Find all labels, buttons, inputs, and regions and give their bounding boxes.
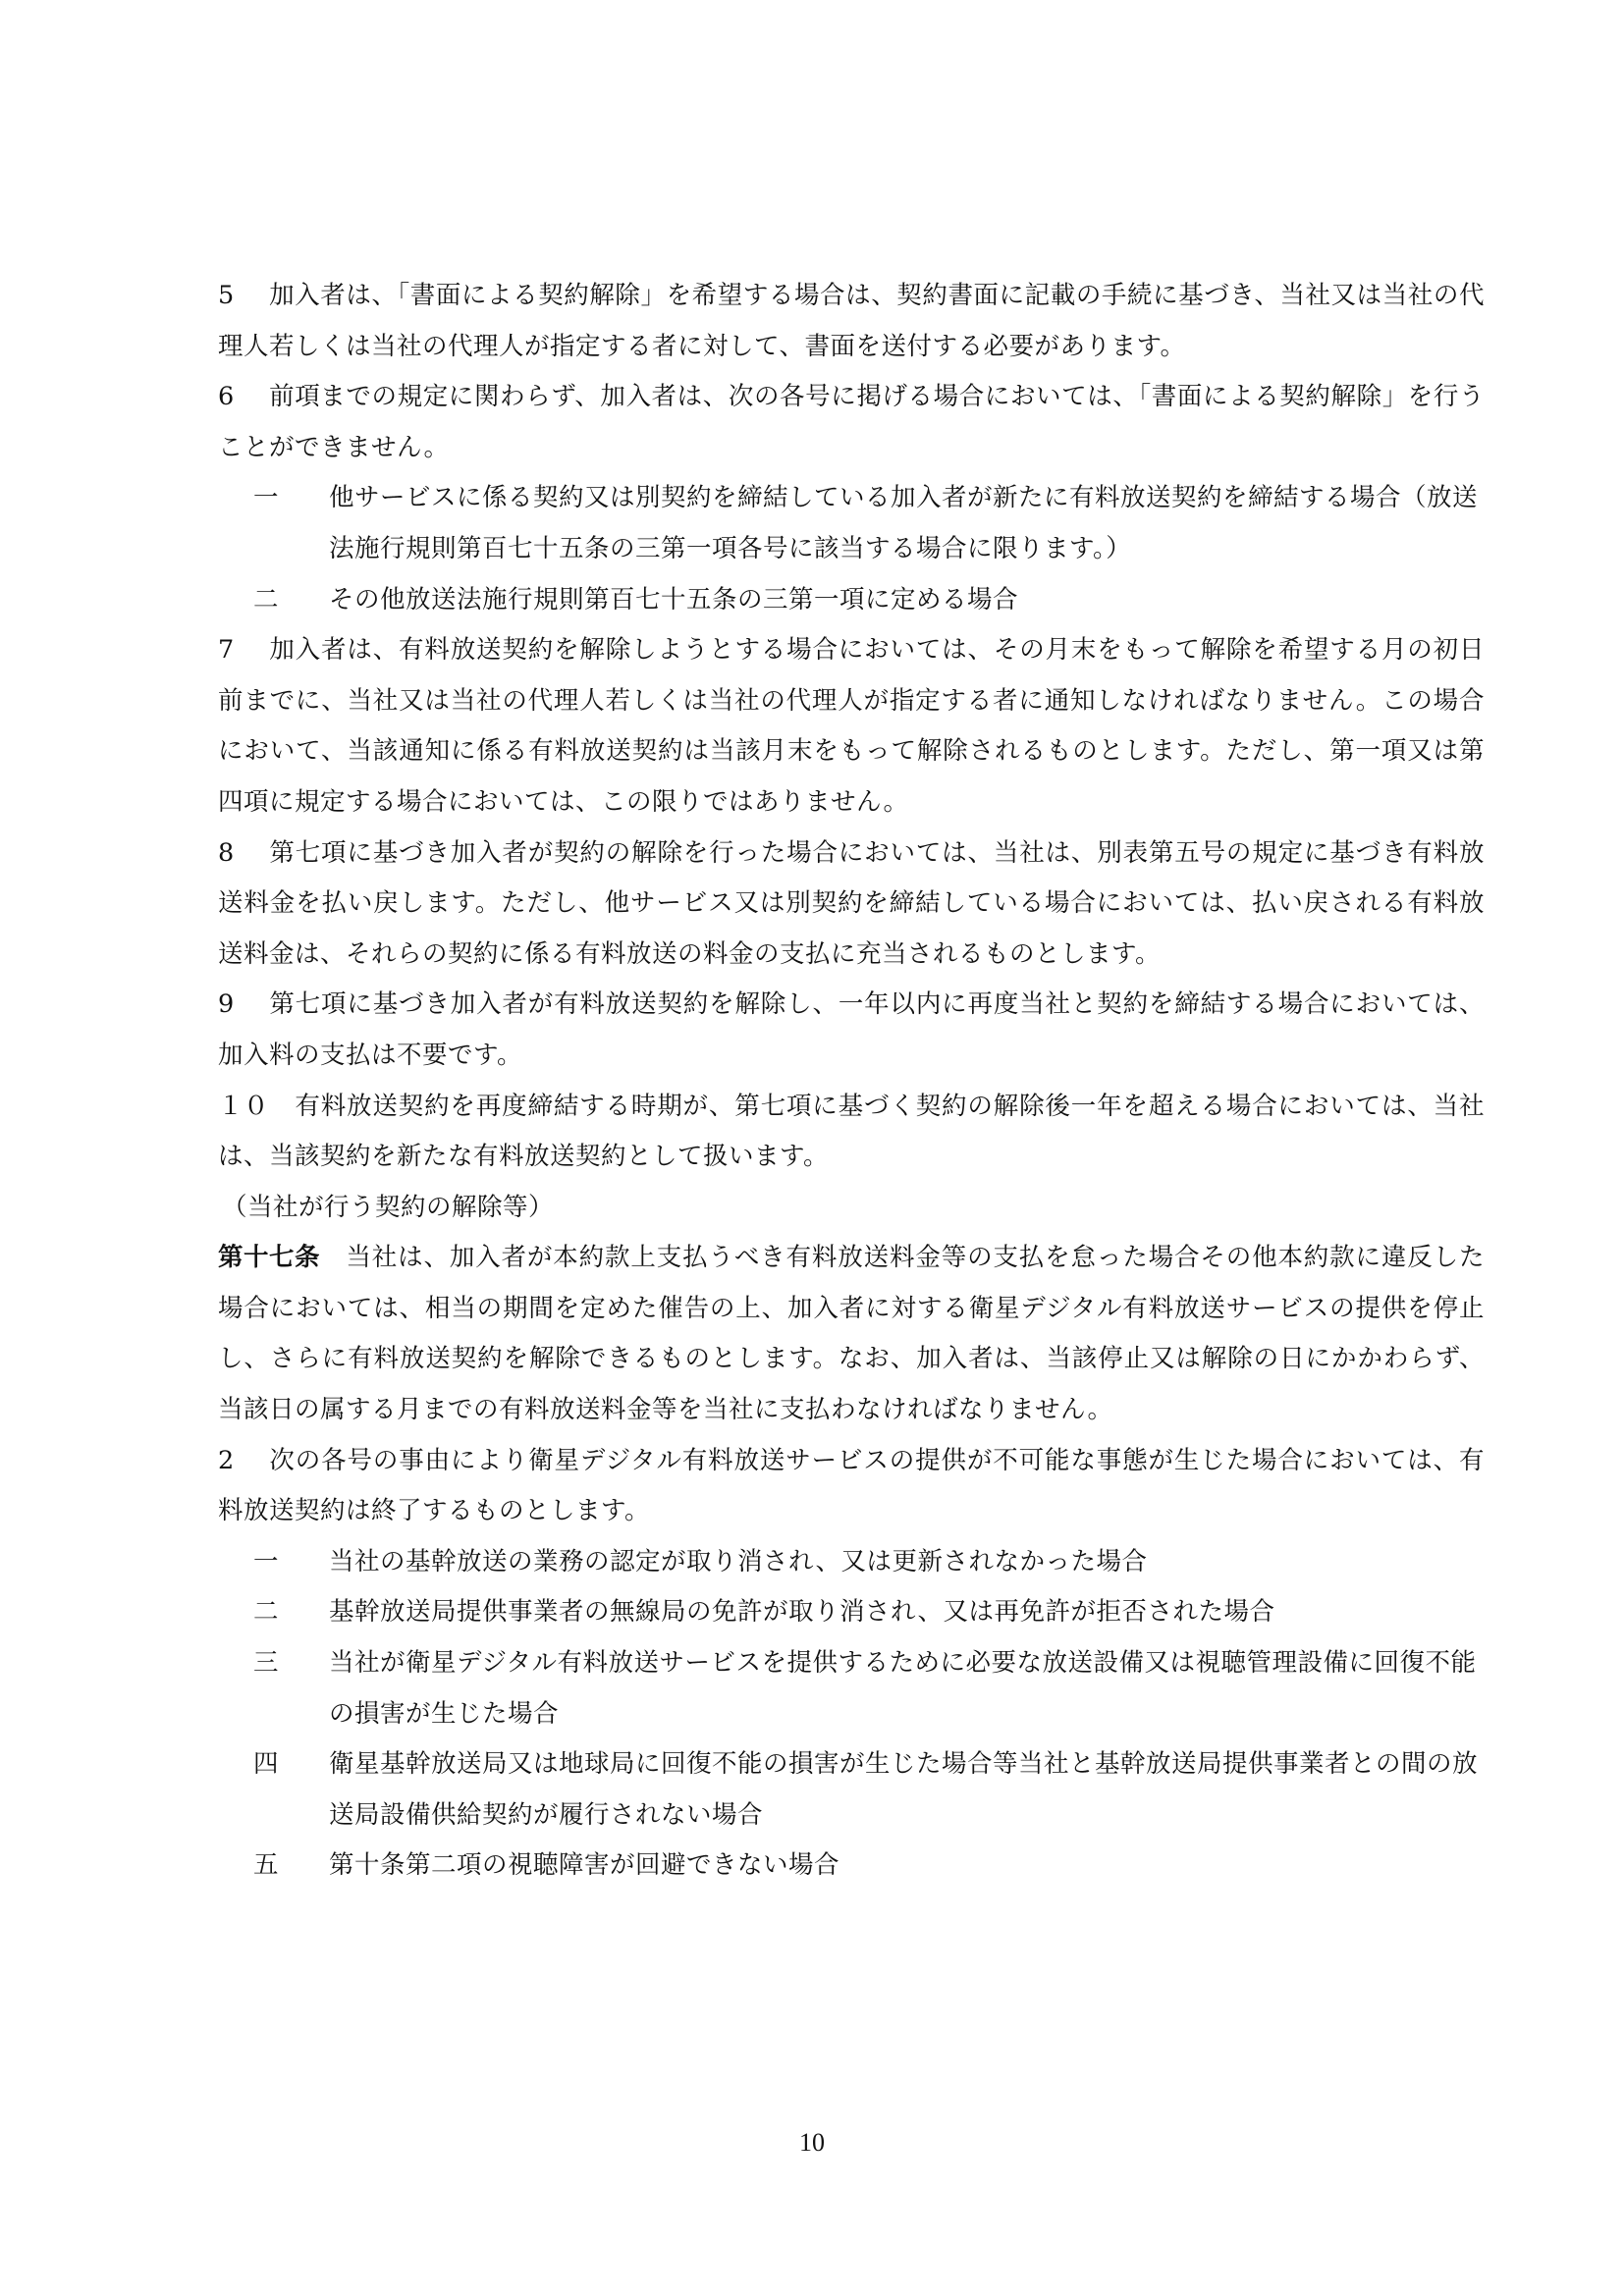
section-heading: （当社が行う契約の解除等） <box>218 1183 1485 1234</box>
list-item: 五 第十条第二項の視聴障害が回避できない場合 <box>218 1841 1485 1892</box>
paragraph-5: 5加入者は、「書面による契約解除」を希望する場合は、契約書面に記載の手続に基づき… <box>218 271 1485 372</box>
paragraph-number: 7 <box>218 625 269 676</box>
item-number: 二 <box>253 575 329 626</box>
article-17: 第十七条当社は、加入者が本約款上支払うべき有料放送料金等の支払を怠った場合その他… <box>218 1233 1485 1435</box>
paragraph-number: 6 <box>218 372 269 423</box>
paragraph-10: １０有料放送契約を再度締結する時期が、第七項に基づく契約の解除後一年を超える場合… <box>218 1082 1485 1183</box>
item-text: 基幹放送局提供事業者の無線局の免許が取り消され、又は再免許が拒否された場合 <box>329 1587 1485 1638</box>
article-text: 当社は、加入者が本約款上支払うべき有料放送料金等の支払を怠った場合その他本約款に… <box>218 1243 1485 1424</box>
article-label: 第十七条 <box>218 1233 346 1284</box>
paragraph-number: 9 <box>218 980 269 1031</box>
paragraph-text: 加入者は、有料放送契約を解除しようとする場合においては、その月末をもって解除を希… <box>218 635 1485 817</box>
item-text: 他サービスに係る契約又は別契約を締結している加入者が新たに有料放送契約を締結する… <box>329 473 1485 574</box>
paragraph-text: 次の各号の事由により衛星デジタル有料放送サービスの提供が不可能な事態が生じた場合… <box>218 1446 1485 1526</box>
list-item: 二 その他放送法施行規則第百七十五条の三第一項に定める場合 <box>218 575 1485 626</box>
list-item: 一 当社の基幹放送の業務の認定が取り消され、又は更新されなかった場合 <box>218 1537 1485 1588</box>
item-number: 三 <box>253 1638 329 1739</box>
paragraph-number: 5 <box>218 271 269 322</box>
paragraph-7: 7加入者は、有料放送契約を解除しようとする場合においては、その月末をもって解除を… <box>218 625 1485 828</box>
paragraph-number: １０ <box>218 1082 295 1133</box>
paragraph-text: 有料放送契約を再度締結する時期が、第七項に基づく契約の解除後一年を超える場合にお… <box>218 1092 1485 1172</box>
document-body: 5加入者は、「書面による契約解除」を希望する場合は、契約書面に記載の手続に基づき… <box>218 271 1485 1892</box>
paragraph-number: 2 <box>218 1436 269 1487</box>
paragraph-text: 第七項に基づき加入者が有料放送契約を解除し、一年以内に再度当社と契約を締結する場… <box>218 989 1485 1070</box>
item-number: 一 <box>253 1537 329 1588</box>
item-text: その他放送法施行規則第百七十五条の三第一項に定める場合 <box>329 575 1485 626</box>
page-number: 10 <box>0 2128 1624 2158</box>
paragraph-text: 第七項に基づき加入者が契約の解除を行った場合においては、当社は、別表第五号の規定… <box>218 838 1485 969</box>
item-text: 当社の基幹放送の業務の認定が取り消され、又は更新されなかった場合 <box>329 1537 1485 1588</box>
paragraph-text: 前項までの規定に関わらず、加入者は、次の各号に掲げる場合においては、「書面による… <box>218 382 1485 462</box>
list-item: 四 衛星基幹放送局又は地球局に回復不能の損害が生じた場合等当社と基幹放送局提供事… <box>218 1739 1485 1841</box>
item-number: 二 <box>253 1587 329 1638</box>
paragraph-6: 6前項までの規定に関わらず、加入者は、次の各号に掲げる場合においては、「書面によ… <box>218 372 1485 473</box>
item-text: 衛星基幹放送局又は地球局に回復不能の損害が生じた場合等当社と基幹放送局提供事業者… <box>329 1739 1485 1841</box>
list-item: 二 基幹放送局提供事業者の無線局の免許が取り消され、又は再免許が拒否された場合 <box>218 1587 1485 1638</box>
list-item: 一 他サービスに係る契約又は別契約を締結している加入者が新たに有料放送契約を締結… <box>218 473 1485 574</box>
item-number: 四 <box>253 1739 329 1841</box>
item-text: 当社が衛星デジタル有料放送サービスを提供するために必要な放送設備又は視聴管理設備… <box>329 1638 1485 1739</box>
item-number: 五 <box>253 1841 329 1892</box>
item-number: 一 <box>253 473 329 574</box>
paragraph-2: 2次の各号の事由により衛星デジタル有料放送サービスの提供が不可能な事態が生じた場… <box>218 1436 1485 1537</box>
list-item: 三 当社が衛星デジタル有料放送サービスを提供するために必要な放送設備又は視聴管理… <box>218 1638 1485 1739</box>
paragraph-8: 8第七項に基づき加入者が契約の解除を行った場合においては、当社は、別表第五号の規… <box>218 828 1485 981</box>
paragraph-9: 9第七項に基づき加入者が有料放送契約を解除し、一年以内に再度当社と契約を締結する… <box>218 980 1485 1081</box>
paragraph-text: 加入者は、「書面による契約解除」を希望する場合は、契約書面に記載の手続に基づき、… <box>218 281 1485 361</box>
paragraph-number: 8 <box>218 828 269 880</box>
item-text: 第十条第二項の視聴障害が回避できない場合 <box>329 1841 1485 1892</box>
